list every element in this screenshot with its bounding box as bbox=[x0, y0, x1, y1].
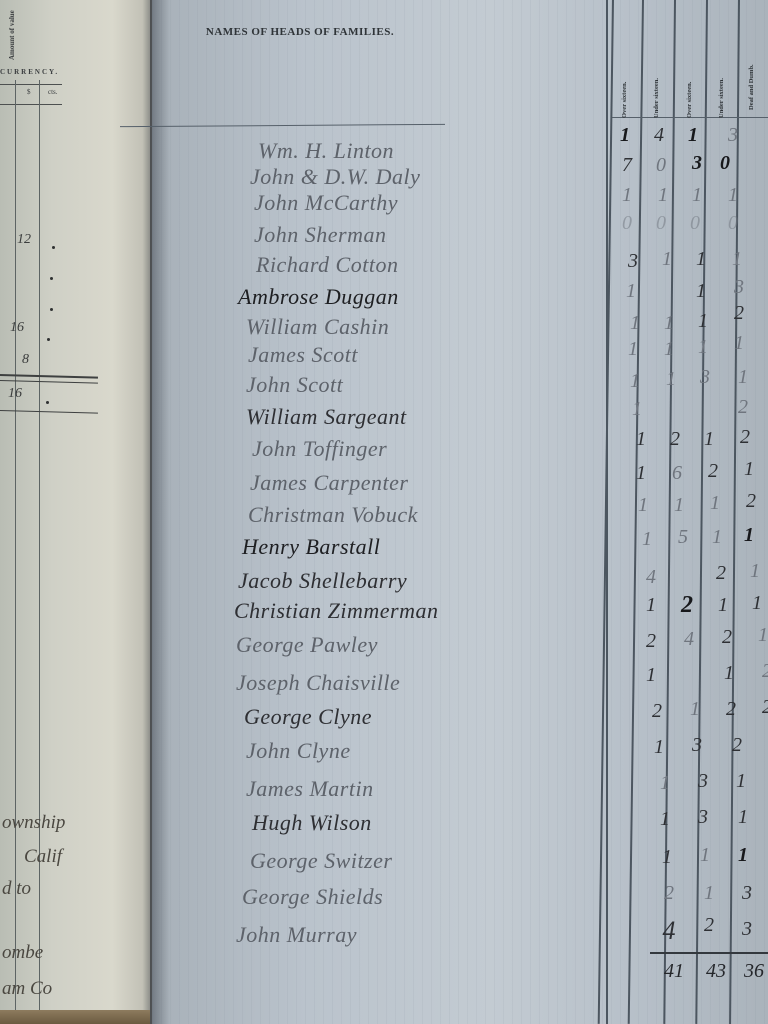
family-head-name: Christian Zimmerman bbox=[234, 598, 438, 624]
family-head-name: Wm. H. Linton bbox=[258, 138, 394, 164]
dollars-header: $ bbox=[27, 88, 31, 96]
amount: 8 bbox=[22, 352, 29, 368]
tally-cell: 1 bbox=[648, 184, 678, 207]
tally-cell: 1 bbox=[620, 370, 650, 393]
dot bbox=[52, 246, 55, 249]
amount: 12 bbox=[17, 232, 31, 248]
column-total: 36 bbox=[734, 960, 768, 983]
tally-cell: 1 bbox=[626, 462, 656, 485]
tally-cell: 1 bbox=[650, 808, 680, 831]
cents-header: cts. bbox=[48, 88, 58, 96]
tally-cell: 1 bbox=[728, 844, 758, 867]
tally-cell: 3 bbox=[682, 734, 712, 757]
tally-cell: 1 bbox=[708, 594, 738, 617]
family-head-name: Jacob Shellebarry bbox=[238, 568, 407, 594]
tally-cell: 1 bbox=[728, 806, 758, 829]
marginal-note: am Co bbox=[2, 978, 52, 1000]
family-head-name: Richard Cotton bbox=[256, 252, 398, 278]
family-head-name: George Shields bbox=[242, 884, 383, 910]
marginal-note: ownship bbox=[2, 812, 65, 834]
tally-cell: 2 bbox=[728, 396, 758, 419]
tally-cell: 2 bbox=[706, 562, 736, 585]
tally-cell: 1 bbox=[610, 124, 640, 147]
tally-cell: 2 bbox=[698, 460, 728, 483]
header-rule bbox=[0, 84, 62, 85]
tally-cell: 0 bbox=[718, 212, 748, 235]
currency-label: CURRENCY. bbox=[0, 68, 59, 76]
tally-cell: 1 bbox=[694, 882, 724, 905]
tally-cell: 1 bbox=[688, 336, 718, 359]
tally-cell: 1 bbox=[652, 846, 682, 869]
tally-cell: 2 bbox=[660, 428, 690, 451]
tally-cell: 1 bbox=[612, 184, 642, 207]
tally-cell: 2 bbox=[654, 882, 684, 905]
total-rule bbox=[650, 952, 768, 954]
tally-cell: 3 bbox=[732, 882, 762, 905]
family-head-name: Joseph Chaisville bbox=[236, 670, 400, 696]
tally-cell: 2 bbox=[672, 592, 702, 619]
tally-cell: 3 bbox=[690, 366, 720, 389]
tally-cell: 3 bbox=[688, 770, 718, 793]
col-header-under-sixteen: Under sixteen. bbox=[653, 58, 665, 118]
tally-cell: 1 bbox=[690, 844, 720, 867]
tally-cell: 2 bbox=[730, 426, 760, 449]
tally-cell: 2 bbox=[712, 626, 742, 649]
tally-cell: 1 bbox=[694, 428, 724, 451]
tally-cell: 0 bbox=[646, 154, 676, 177]
tally-cell: 3 bbox=[618, 250, 648, 273]
family-head-name: James Martin bbox=[246, 776, 374, 802]
col-header-over-sixteen: Over sixteen. bbox=[621, 58, 633, 118]
family-head-name: John Murray bbox=[236, 922, 357, 948]
tally-cell: 1 bbox=[636, 594, 666, 617]
tally-cell: 0 bbox=[710, 152, 740, 175]
tally-cell: 0 bbox=[680, 212, 710, 235]
tally-cell: 1 bbox=[680, 698, 710, 721]
tally-cell: 5 bbox=[668, 526, 698, 549]
tally-cell: 1 bbox=[734, 524, 764, 547]
tally-cell: 4 bbox=[674, 628, 704, 651]
marginal-note: ombe bbox=[2, 942, 43, 964]
tally-cell: 3 bbox=[732, 918, 762, 941]
book-binding bbox=[0, 1010, 150, 1024]
tally-cell: 1 bbox=[664, 494, 694, 517]
tally-cell: 1 bbox=[688, 310, 718, 333]
tally-cell: 2 bbox=[724, 302, 754, 325]
family-head-name: Ambrose Duggan bbox=[238, 284, 399, 310]
tally-cell: 1 bbox=[722, 248, 752, 271]
tally-cell: 1 bbox=[678, 124, 708, 147]
tally-cell: 1 bbox=[748, 624, 768, 647]
tally-cell: 2 bbox=[636, 630, 666, 653]
tally-cell: 4 bbox=[644, 124, 674, 147]
col-header-over-sixteen: Over sixteen. bbox=[686, 58, 698, 118]
tally-cell: 7 bbox=[612, 154, 642, 177]
family-head-name: William Cashin bbox=[246, 314, 389, 340]
tally-cell: 1 bbox=[620, 312, 650, 335]
tally-cell: 2 bbox=[736, 490, 766, 513]
dot bbox=[50, 277, 53, 280]
tally-cell: 1 bbox=[742, 592, 768, 615]
family-head-name: George Clyne bbox=[244, 704, 372, 730]
tally-cell: 1 bbox=[644, 736, 674, 759]
family-head-name: George Switzer bbox=[250, 848, 392, 874]
family-head-name: John Clyne bbox=[246, 738, 351, 764]
tally-cell: 6 bbox=[662, 462, 692, 485]
left-page: Amount of value CURRENCY. $ cts. 12 16 8… bbox=[0, 0, 152, 1024]
tally-cell: 2 bbox=[642, 700, 672, 723]
family-head-name: James Scott bbox=[248, 342, 358, 368]
tally-cell: 1 bbox=[616, 280, 646, 303]
tally-cell: 1 bbox=[632, 528, 662, 551]
tally-cell: 2 bbox=[722, 734, 752, 757]
marginal-note: Calif bbox=[24, 846, 62, 868]
tally-cell: 0 bbox=[612, 212, 642, 235]
tally-cell: 2 bbox=[752, 696, 768, 719]
tally-cell: 1 bbox=[652, 248, 682, 271]
dot bbox=[47, 338, 50, 341]
tally-cell: 1 bbox=[654, 312, 684, 335]
tally-cell: 1 bbox=[724, 332, 754, 355]
col-header-deaf-dumb: Deaf and Dumb. bbox=[748, 50, 760, 110]
subheader-rule bbox=[0, 104, 62, 105]
marginal-note: d to bbox=[2, 878, 31, 900]
family-head-name: John Scott bbox=[246, 372, 343, 398]
amount: 16 bbox=[8, 386, 22, 402]
tally-cell: 2 bbox=[694, 914, 724, 937]
page-title: NAMES OF HEADS OF FAMILIES. bbox=[160, 26, 440, 38]
tally-cell: 1 bbox=[628, 494, 658, 517]
tally-cell: 1 bbox=[686, 248, 716, 271]
dot bbox=[46, 401, 49, 404]
tally-cell: 1 bbox=[650, 772, 680, 795]
family-head-name: John Toffinger bbox=[252, 436, 387, 462]
column-total: 41 bbox=[654, 960, 694, 983]
tally-cell: 1 bbox=[618, 338, 648, 361]
tally-cell: 1 bbox=[728, 366, 758, 389]
tally-cell: 1 bbox=[626, 428, 656, 451]
tally-cell: 1 bbox=[622, 398, 652, 421]
tally-cell: 1 bbox=[718, 184, 748, 207]
tally-cell: 1 bbox=[654, 338, 684, 361]
tally-cell: 1 bbox=[700, 492, 730, 515]
family-head-name: John McCarthy bbox=[254, 190, 398, 216]
family-head-name: John Sherman bbox=[254, 222, 386, 248]
column-rule bbox=[39, 80, 40, 1024]
tally-cell: 1 bbox=[636, 664, 666, 687]
tally-cell: 1 bbox=[702, 526, 732, 549]
column-total: 43 bbox=[696, 960, 736, 983]
tally-cell: 1 bbox=[686, 280, 716, 303]
family-head-name: John & D.W. Daly bbox=[250, 164, 420, 190]
family-head-name: William Sargeant bbox=[246, 404, 407, 430]
family-head-name: Hugh Wilson bbox=[252, 810, 372, 836]
family-head-name: George Pawley bbox=[236, 632, 378, 658]
tally-cell: 1 bbox=[740, 560, 768, 583]
tally-cell: 4 bbox=[636, 566, 666, 589]
left-column-header: Amount of value bbox=[8, 0, 22, 60]
tally-cell: 3 bbox=[724, 276, 754, 299]
tally-cell: 2 bbox=[752, 660, 768, 683]
family-head-name: James Carpenter bbox=[250, 470, 408, 496]
family-head-name: Henry Barstall bbox=[242, 534, 380, 560]
tally-cell: 1 bbox=[726, 770, 756, 793]
tally-cell: 3 bbox=[718, 124, 748, 147]
gutter-shadow bbox=[150, 0, 170, 1024]
tally-cell: 1 bbox=[734, 458, 764, 481]
tally-cell: 1 bbox=[714, 662, 744, 685]
tally-cell: 4 bbox=[654, 916, 684, 946]
tally-cell: 3 bbox=[688, 806, 718, 829]
tally-cell: 0 bbox=[646, 212, 676, 235]
family-head-name: Christman Vobuck bbox=[248, 502, 418, 528]
dot bbox=[50, 308, 53, 311]
tally-cell: 1 bbox=[682, 184, 712, 207]
tally-cell: 3 bbox=[682, 152, 712, 175]
amount: 16 bbox=[10, 320, 24, 336]
tally-cell: 2 bbox=[716, 698, 746, 721]
col-header-under-sixteen: Under sixteen. bbox=[718, 58, 730, 118]
tally-cell: 1 bbox=[656, 368, 686, 391]
